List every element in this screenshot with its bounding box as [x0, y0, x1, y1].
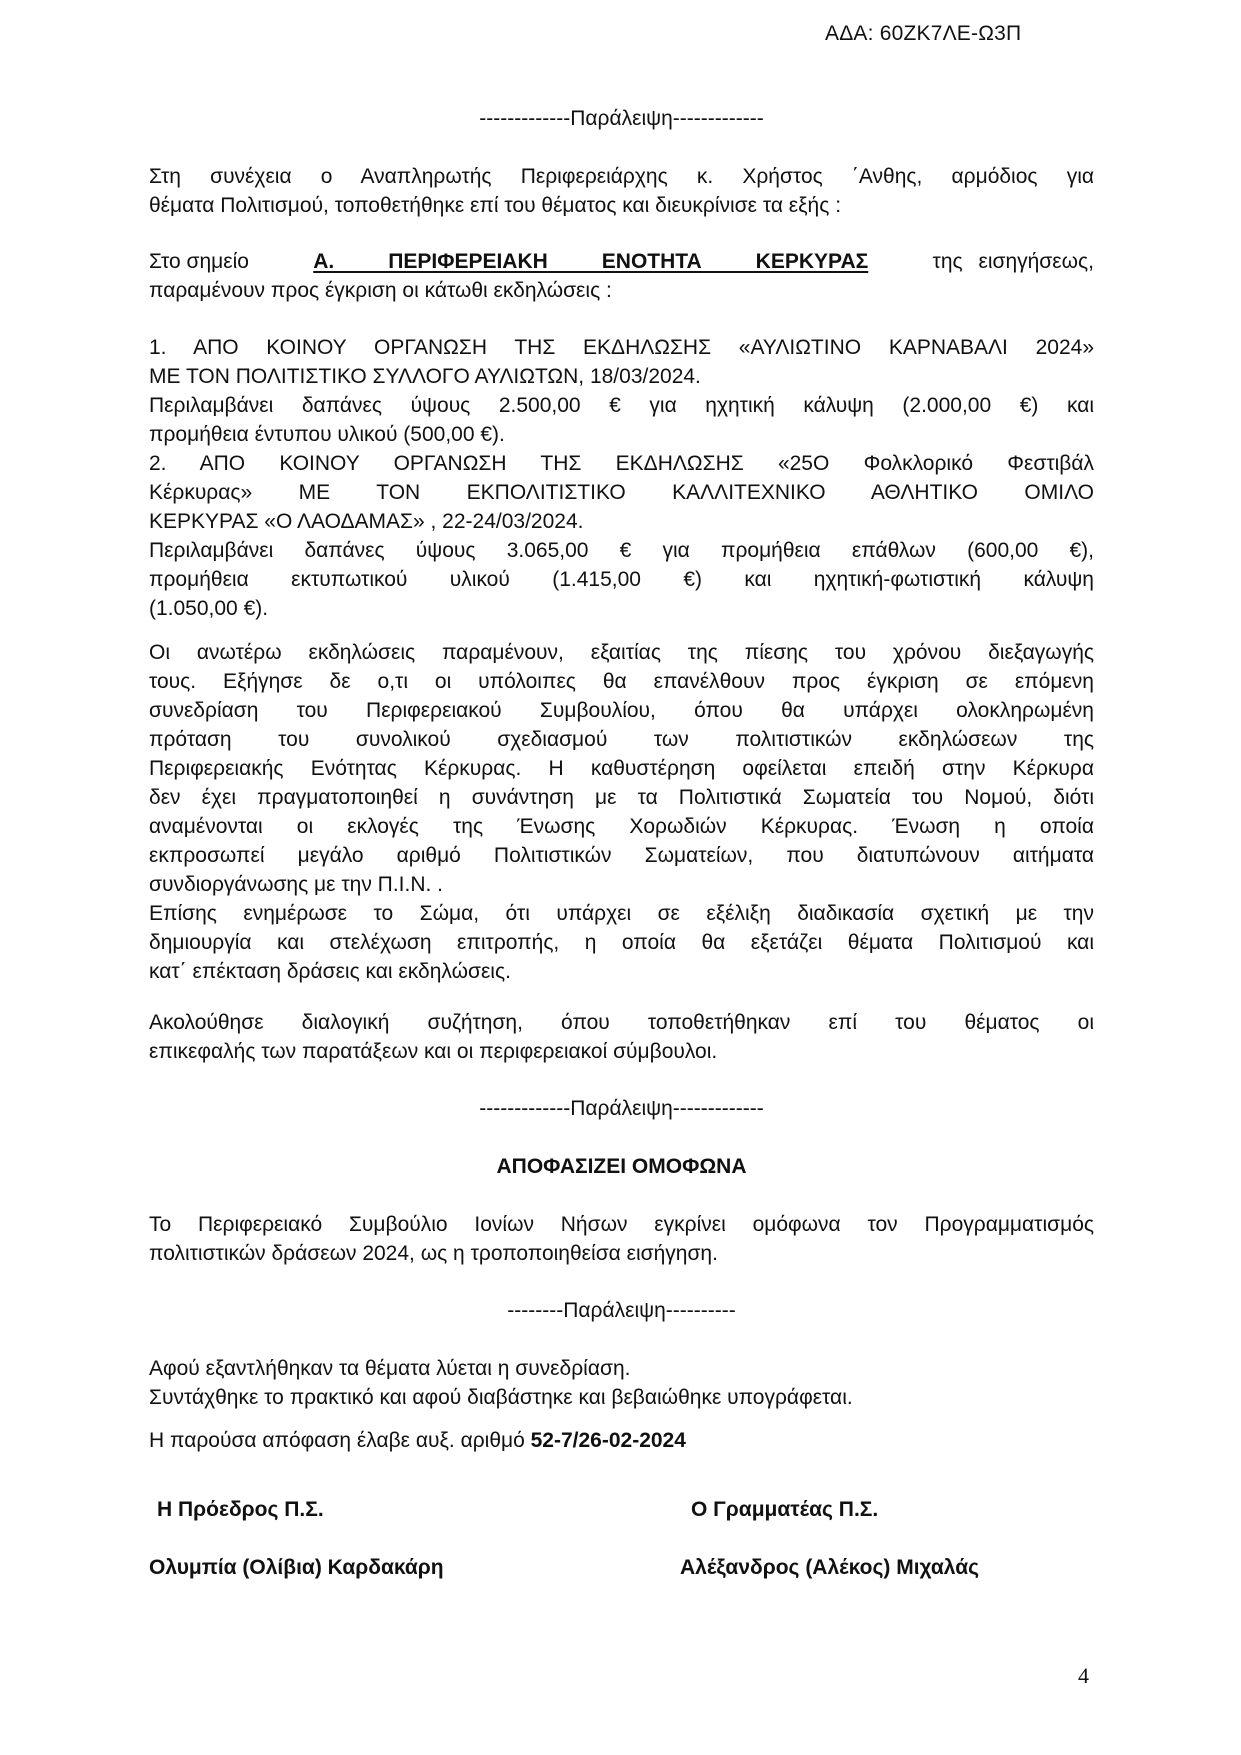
event-list: 1. ΑΠΟ ΚΟΙΝΟΥ ΟΡΓΑΝΩΣΗ ΤΗΣ ΕΚΔΗΛΩΣΗΣ «ΑΥ… — [149, 333, 1094, 623]
point-paragraph: Στο σημείο Α. ΠΕΡΙΦΕΡΕΙΑΚΗ ΕΝΟΤΗΤΑ ΚΕΡΚΥ… — [149, 247, 1094, 305]
decision-number: 52-7/26-02-2024 — [531, 1429, 686, 1452]
explanation-line: κατ΄ επέκταση δράσεις και εκδηλώσεις. — [149, 957, 1094, 986]
discussion-line: Ακολούθησε διαλογική συζήτηση, όπου τοπο… — [149, 1008, 1094, 1037]
explanation-line: εκπροσωπεί μεγάλο αριθμό Πολιτιστικών Σω… — [149, 841, 1094, 870]
explanation-paragraph: Οι ανωτέρω εκδηλώσεις παραμένουν, εξαιτί… — [149, 638, 1094, 986]
event-2-line: 2. ΑΠΟ ΚΟΙΝΟΥ ΟΡΓΑΝΩΣΗ ΤΗΣ ΕΚΔΗΛΩΣΗΣ «25… — [149, 449, 1094, 478]
decision-number-label: Η παρούσα απόφαση έλαβε αυξ. αριθμό — [149, 1429, 531, 1452]
signature-title-right: Ο Γραμματέας Π.Σ. — [691, 1498, 878, 1522]
point-line: παραμένουν προς έγκριση οι κάτωθι εκδηλώ… — [149, 276, 1094, 305]
event-2-line: (1.050,00 €). — [149, 594, 1094, 623]
explanation-line: δεν έχει πραγματοποιηθεί η συνάντηση με … — [149, 783, 1094, 812]
event-2-line: ΚΕΡΚΥΡΑΣ «Ο ΛΑΟΔΑΜΑΣ» , 22-24/03/2024. — [149, 507, 1094, 536]
event-2-line: Περιλαμβάνει δαπάνες ύψους 3.065,00 € γι… — [149, 536, 1094, 565]
explanation-line: αναμένονται οι εκλογές της Ένωσης Χορωδι… — [149, 812, 1094, 841]
point-prefix: Στο σημείο — [149, 247, 249, 276]
explanation-line: πρόταση του συνολικού σχεδιασμού των πολ… — [149, 725, 1094, 754]
explanation-line: Οι ανωτέρω εκδηλώσεις παραμένουν, εξαιτί… — [149, 638, 1094, 667]
decision-number-line: Η παρούσα απόφαση έλαβε αυξ. αριθμό 52-7… — [149, 1426, 1094, 1455]
event-1-line: 1. ΑΠΟ ΚΟΙΝΟΥ ΟΡΓΑΝΩΣΗ ΤΗΣ ΕΚΔΗΛΩΣΗΣ «ΑΥ… — [149, 333, 1094, 362]
point-suffix: της εισηγήσεως, — [933, 247, 1094, 276]
intro-line: Στη συνέχεια ο Αναπληρωτής Περιφερειάρχη… — [149, 162, 1094, 191]
event-1-line: ΜΕ ΤΟΝ ΠΟΛΙΤΙΣΤΙΚΟ ΣΥΛΛΟΓΟ ΑΥΛΙΩΤΩΝ, 18/… — [149, 362, 1094, 391]
signature-title-left: Η Πρόεδρος Π.Σ. — [157, 1498, 324, 1522]
decision-line: πολιτιστικών δράσεων 2024, ως η τροποποι… — [149, 1239, 1094, 1268]
signature-name-right: Αλέξανδρος (Αλέκος) Μιχαλάς — [680, 1556, 979, 1580]
omission-marker: -------------Παράλειψη------------- — [149, 1094, 1094, 1123]
closing-line: Συντάχθηκε το πρακτικό και αφού διαβάστη… — [149, 1383, 1094, 1412]
region-heading: Α. ΠΕΡΙΦΕΡΕΙΑΚΗ ΕΝΟΤΗΤΑ ΚΕΡΚΥΡΑΣ — [313, 247, 868, 276]
discussion-paragraph: Ακολούθησε διαλογική συζήτηση, όπου τοπο… — [149, 1008, 1094, 1066]
decision-heading: ΑΠΟΦΑΣΙΖΕΙ ΟΜΟΦΩΝΑ — [149, 1152, 1094, 1181]
explanation-line: Επίσης ενημέρωσε το Σώμα, ότι υπάρχει σε… — [149, 899, 1094, 928]
decision-paragraph: Το Περιφερειακό Συμβούλιο Ιονίων Νήσων ε… — [149, 1210, 1094, 1268]
intro-line: θέματα Πολιτισμού, τοποθετήθηκε επί του … — [149, 191, 1094, 220]
event-2-line: προμήθεια εκτυπωτικού υλικού (1.415,00 €… — [149, 565, 1094, 594]
event-1-line: Περιλαμβάνει δαπάνες ύψους 2.500,00 € γι… — [149, 391, 1094, 420]
explanation-line: δημιουργία και στελέχωση επιτροπής, η οπ… — [149, 928, 1094, 957]
page-number: 4 — [1078, 1663, 1089, 1689]
closing-paragraph: Αφού εξαντλήθηκαν τα θέματα λύεται η συν… — [149, 1354, 1094, 1412]
explanation-line: συνδιοργάνωσης με την Π.Ι.Ν. . — [149, 870, 1094, 899]
omission-marker: --------Παράλειψη---------- — [149, 1296, 1094, 1325]
explanation-line: Περιφερειακής Ενότητας Κέρκυρας. Η καθυσ… — [149, 754, 1094, 783]
signature-name-left: Ολυμπία (Ολίβια) Καρδακάρη — [149, 1556, 444, 1580]
explanation-line: συνεδρίαση του Περιφερειακού Συμβουλίου,… — [149, 696, 1094, 725]
closing-line: Αφού εξαντλήθηκαν τα θέματα λύεται η συν… — [149, 1354, 1094, 1383]
explanation-line: τους. Εξήγησε δε ο,τι οι υπόλοιπες θα επ… — [149, 667, 1094, 696]
event-1-line: προμήθεια έντυπου υλικού (500,00 €). — [149, 420, 1094, 449]
intro-paragraph: Στη συνέχεια ο Αναπληρωτής Περιφερειάρχη… — [149, 162, 1094, 220]
discussion-line: επικεφαλής των παρατάξεων και οι περιφερ… — [149, 1037, 1094, 1066]
decision-line: Το Περιφερειακό Συμβούλιο Ιονίων Νήσων ε… — [149, 1210, 1094, 1239]
ada-identifier: ΑΔΑ: 60ΖΚ7ΛΕ-Ω3Π — [825, 22, 1021, 46]
omission-marker: -------------Παράλειψη------------- — [149, 104, 1094, 133]
event-2-line: Κέρκυρας» ΜΕ ΤΟΝ ΕΚΠΟΛΙΤΙΣΤΙΚΟ ΚΑΛΛΙΤΕΧΝ… — [149, 478, 1094, 507]
